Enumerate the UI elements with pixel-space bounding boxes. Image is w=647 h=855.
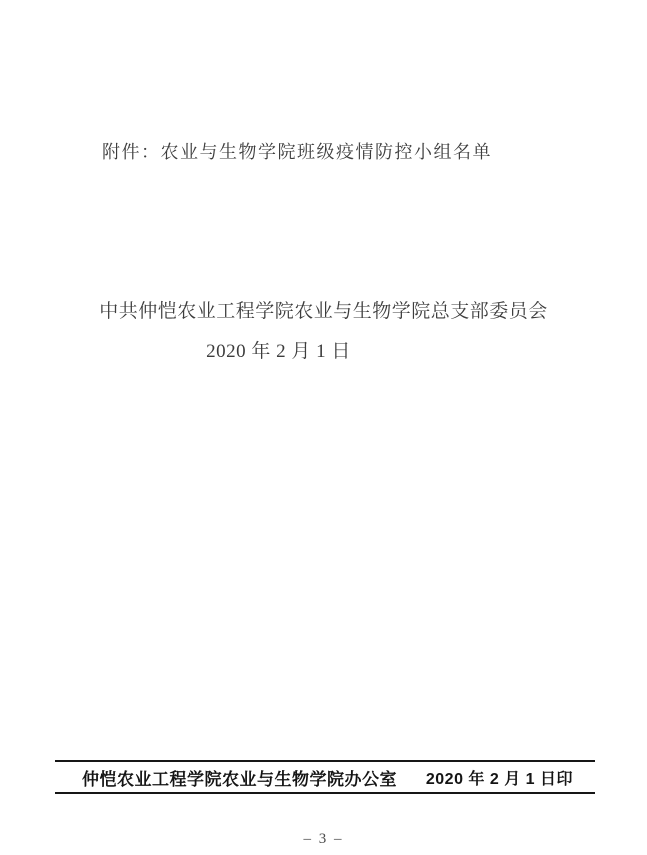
page-number: – 3 – xyxy=(0,831,647,848)
footer-office-label: 仲恺农业工程学院农业与生物学院办公室 xyxy=(82,765,397,790)
issuing-committee-line: 中共仲恺农业工程学院农业与生物学院总支部委员会 xyxy=(0,296,647,323)
footer-office-box: 仲恺农业工程学院农业与生物学院办公室 2020 年 2 月 1 日印 xyxy=(55,760,595,794)
document-page: 附件：农业与生物学院班级疫情防控小组名单 中共仲恺农业工程学院农业与生物学院总支… xyxy=(0,0,647,855)
attachment-title: 附件：农业与生物学院班级疫情防控小组名单 xyxy=(102,138,492,164)
footer-print-date: 2020 年 2 月 1 日印 xyxy=(426,766,573,789)
issue-date-line: 2020 年 2 月 1 日 xyxy=(0,336,602,363)
